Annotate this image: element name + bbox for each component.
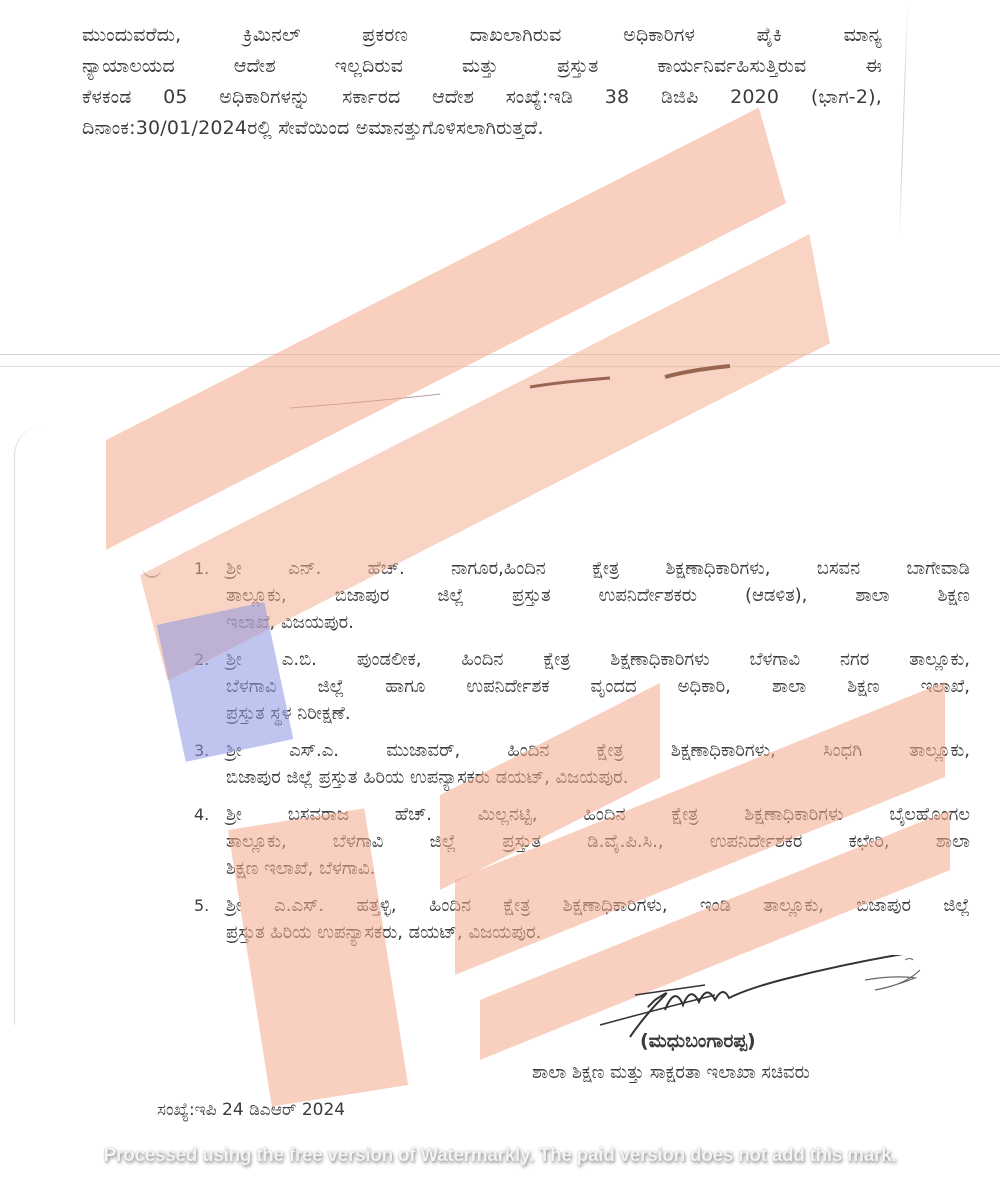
item-line: ಶ್ರೀ ಬಸವರಾಜ ಹೆಚ್. ಮಿಲ್ಲನಟ್ಟಿ, ಹಿಂದಿನ ಕ್ಷ…: [226, 801, 970, 828]
item-line: ಶಿಕ್ಷಣ ಇಲಾಖೆ, ಬೆಳಗಾವಿ.: [226, 855, 970, 882]
item-line: ಶ್ರೀ ಎಸ್.ಎ. ಮುಜಾವರ್, ಹಿಂದಿನ ಕ್ಷೇತ್ರ ಶಿಕ್…: [226, 737, 970, 764]
officer-list: 1. ಶ್ರೀ ಎನ್. ಹೆಚ್. ನಾಗೂರ,ಹಿಂದಿನ ಕ್ಷೇತ್ರ …: [190, 555, 970, 956]
item-line: ಪ್ರಸ್ತುತ ಸ್ಥಳ ನಿರೀಕ್ಷಣೆ.: [226, 700, 970, 727]
watermark-text: Processed using the free version of Wate…: [0, 1145, 1000, 1167]
item-line: ಶ್ರೀ ಎನ್. ಹೆಚ್. ನಾಗೂರ,ಹಿಂದಿನ ಕ್ಷೇತ್ರ ಶಿಕ…: [226, 555, 970, 582]
list-item: 3. ಶ್ರೀ ಎಸ್.ಎ. ಮುಜಾವರ್, ಹಿಂದಿನ ಕ್ಷೇತ್ರ ಶ…: [190, 737, 970, 791]
page-edge: [899, 0, 908, 240]
list-item: 5. ಶ್ರೀ ಎ.ಎಸ್. ಹತ್ತಳ್ಳಿ, ಹಿಂದಿನ ಕ್ಷೇತ್ರ …: [190, 892, 970, 946]
pen-mark: [140, 360, 740, 440]
item-line: ಬಿಜಾಪುರ ಜಿಲ್ಲೆ ಪ್ರಸ್ತುತ ಹಿರಿಯ ಉಪನ್ಯಾಸಕರು…: [226, 764, 970, 791]
item-number: 4.: [194, 801, 209, 828]
suspension-paragraph: ಮುಂದುವರೆದು, ಕ್ರಿಮಿನಲ್ ಪ್ರಕರಣ ದಾಖಲಾಗಿರುವ …: [82, 20, 882, 144]
reference-number: ಸಂಖ್ಯೆ:ಇಪಿ 24 ಡಿಎಆರ್ 2024: [157, 1100, 345, 1120]
item-line: ತಾಲ್ಲೂಕು, ಬೆಳಗಾವಿ ಜಿಲ್ಲೆ ಪ್ರಸ್ತುತ ಡಿ.ವೈ.…: [226, 828, 970, 855]
scan-mark: [143, 562, 161, 578]
page-edge: [14, 425, 45, 1025]
scanned-document: ಮುಂದುವರೆದು, ಕ್ರಿಮಿನಲ್ ಪ್ರಕರಣ ದಾಖಲಾಗಿರುವ …: [0, 0, 1000, 1192]
page-divider: [0, 354, 1000, 355]
paragraph-line: ದಿನಾಂಕ:30/01/2024ರಲ್ಲಿ ಸೇವೆಯಿಂದ ಅಮಾನತ್ತು…: [82, 113, 882, 144]
paragraph-line: ಮುಂದುವರೆದು, ಕ್ರಿಮಿನಲ್ ಪ್ರಕರಣ ದಾಖಲಾಗಿರುವ …: [82, 20, 882, 51]
list-item: 2. ಶ್ರೀ ಎ.ಬಿ. ಪುಂಡಲೀಕ, ಹಿಂದಿನ ಕ್ಷೇತ್ರ ಶಿ…: [190, 646, 970, 727]
item-number: 1.: [194, 555, 209, 582]
paragraph-line: ನ್ಯಾಯಾಲಯದ ಆದೇಶ ಇಲ್ಲದಿರುವ ಮತ್ತು ಪ್ರಸ್ತುತ …: [82, 51, 882, 82]
list-item: 1. ಶ್ರೀ ಎನ್. ಹೆಚ್. ನಾಗೂರ,ಹಿಂದಿನ ಕ್ಷೇತ್ರ …: [190, 555, 970, 636]
item-number: 5.: [194, 892, 209, 919]
item-line: ಇಲಾಖೆ, ವಿಜಯಪುರ.: [226, 609, 970, 636]
redaction-overlay: [106, 94, 786, 550]
signature: [595, 955, 935, 1040]
signer-title: ಶಾಲಾ ಶಿಕ್ಷಣ ಮತ್ತು ಸಾಕ್ಷರತಾ ಇಲಾಖಾ ಸಚಿವರು: [532, 1062, 810, 1083]
item-line: ಬೆಳಗಾವಿ ಜಿಲ್ಲೆ ಹಾಗೂ ಉಪನಿರ್ದೇಶಕ ವೃಂದದ ಅಧಿ…: [226, 673, 970, 700]
paragraph-line: ಕೆಳಕಂಡ 05 ಅಧಿಕಾರಿಗಳನ್ನು ಸರ್ಕಾರದ ಆದೇಶ ಸಂಖ…: [82, 82, 882, 113]
item-line: ಶ್ರೀ ಎ.ಬಿ. ಪುಂಡಲೀಕ, ಹಿಂದಿನ ಕ್ಷೇತ್ರ ಶಿಕ್ಷ…: [226, 646, 970, 673]
item-line: ಪ್ರಸ್ತುತ ಹಿರಿಯ ಉಪನ್ಯಾಸಕರು, ಡಯಟ್, ವಿಜಯಪುರ…: [226, 919, 970, 946]
list-item: 4. ಶ್ರೀ ಬಸವರಾಜ ಹೆಚ್. ಮಿಲ್ಲನಟ್ಟಿ, ಹಿಂದಿನ …: [190, 801, 970, 882]
item-line: ತಾಲ್ಲೂಕು, ಬಿಜಾಪುರ ಜಿಲ್ಲೆ ಪ್ರಸ್ತುತ ಉಪನಿರ್…: [226, 582, 970, 609]
item-line: ಶ್ರೀ ಎ.ಎಸ್. ಹತ್ತಳ್ಳಿ, ಹಿಂದಿನ ಕ್ಷೇತ್ರ ಶಿಕ…: [226, 892, 970, 919]
